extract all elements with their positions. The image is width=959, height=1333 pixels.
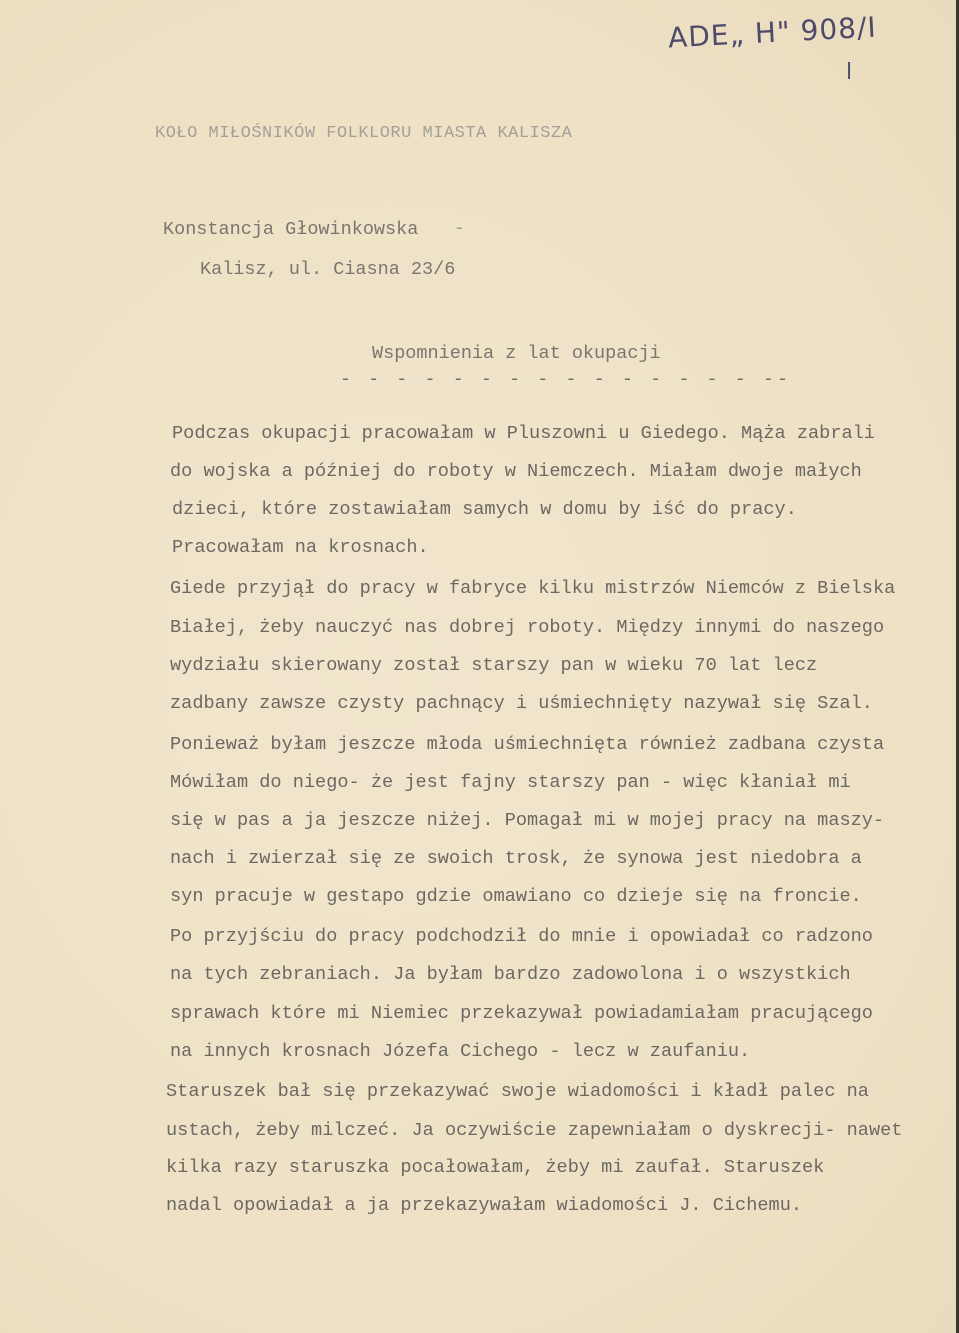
text-line: ustach, żeby milczeć. Ja oczywiście zape… xyxy=(166,1120,902,1141)
text-line: Białej, żeby nauczyć nas dobrej roboty. … xyxy=(170,617,884,638)
text-line: Po przyjściu do pracy podchodził do mnie… xyxy=(170,926,873,947)
author-address: Kalisz, ul. Ciasna 23/6 xyxy=(200,259,455,280)
text-line: na innych krosnach Józefa Cichego - lecz… xyxy=(170,1041,750,1062)
text-line: się w pas a ja jeszcze niżej. Pomagał mi… xyxy=(170,810,884,831)
text-line: syn pracuje w gestapo gdzie omawiano co … xyxy=(170,886,862,907)
organization-header: KOŁO MIŁOŚNIKÓW FOLKLORU MIASTA KALISZA xyxy=(155,124,572,143)
text-line: Pracowałam na krosnach. xyxy=(172,537,429,558)
title-underline: - - - - - - - - - - - - - - - -- xyxy=(340,370,791,390)
text-line: kilka razy staruszka pocałowałam, żeby m… xyxy=(166,1157,824,1178)
text-line: do wojska a później do roboty w Niemczec… xyxy=(170,461,862,482)
text-line: na tych zebraniach. Ja byłam bardzo zado… xyxy=(170,964,851,985)
text-line: dzieci, które zostawiałam samych w domu … xyxy=(172,499,797,520)
text-line: Podczas okupacji pracowałam w Pluszowni … xyxy=(172,423,875,444)
author-dash: - xyxy=(454,219,465,239)
text-line: wydziału skierowany został starszy pan w… xyxy=(170,655,817,676)
text-line: Giede przyjął do pracy w fabryce kilku m… xyxy=(170,578,895,599)
text-line: Ponieważ byłam jeszcze młoda uśmiechnięt… xyxy=(170,734,884,755)
text-line: Staruszek bał się przekazywać swoje wiad… xyxy=(166,1081,869,1102)
author-name: Konstancja Głowinkowska xyxy=(163,219,418,240)
text-line: sprawach które mi Niemiec przekazywał po… xyxy=(170,1003,873,1024)
document-title: Wspomnienia z lat okupacji xyxy=(372,343,661,364)
text-line: nadal opowiadał a ja przekazywałam wiado… xyxy=(166,1195,802,1216)
archive-signature: ADE„ H" 908/I xyxy=(667,11,877,55)
text-line: Mówiłam do niego- że jest fajny starszy … xyxy=(170,772,851,793)
archive-signature-sub: l xyxy=(846,60,852,85)
text-line: nach i zwierzał się ze swoich trosk, że … xyxy=(170,848,862,869)
document-page: ADE„ H" 908/I l KOŁO MIŁOŚNIKÓW FOLKLORU… xyxy=(0,0,956,1333)
text-line: zadbany zawsze czysty pachnący i uśmiech… xyxy=(170,693,873,714)
